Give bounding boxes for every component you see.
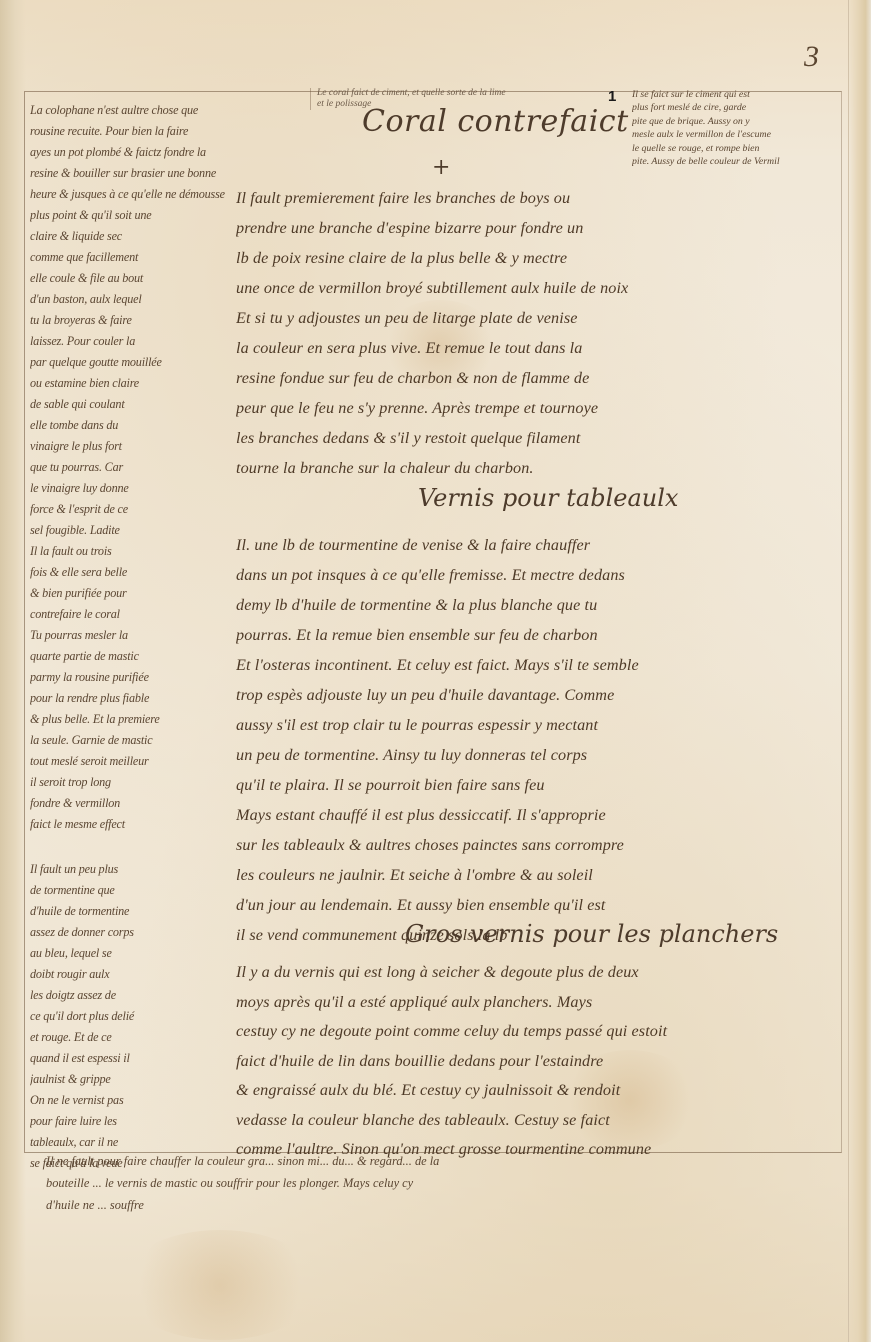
margin-line: mesle aulx le vermillon de l'escume — [632, 128, 842, 141]
folio-number: 3 — [804, 40, 819, 74]
margin-line: que tu pourras. Car — [30, 457, 238, 478]
text-line: Il fault premierement faire les branches… — [236, 183, 836, 213]
text-line: les couleurs ne jaulnir. Et seiche à l'o… — [236, 860, 836, 890]
left-marginal-column: La colophane n'est aultre chose que rous… — [30, 100, 238, 1174]
section-heading-vernis: Vernis pour tableaulx — [418, 484, 678, 512]
binding-gutter — [0, 0, 26, 1342]
note-line: Le coral faict de ciment, et quelle sort… — [317, 88, 607, 99]
text-line: tourne la branche sur la chaleur du char… — [236, 453, 836, 483]
text-line: la couleur en sera plus vive. Et remue l… — [236, 333, 836, 363]
margin-line: parmy la rousine purifiée — [30, 667, 238, 688]
section-body-vernis: Il. une lb de tourmentine de venise & la… — [236, 530, 836, 950]
margin-line: ayes un pot plombé & faictz fondre la — [30, 142, 238, 163]
margin-line: tout meslé seroit meilleur — [30, 751, 238, 772]
margin-line: & plus belle. Et la premiere — [30, 709, 238, 730]
footnote-number: 1 — [608, 88, 616, 105]
text-line: les branches dedans & s'il y restoit que… — [236, 423, 836, 453]
text-line: Et si tu y adjoustes un peu de litarge p… — [236, 303, 836, 333]
margin-line: force & l'esprit de ce — [30, 499, 238, 520]
margin-line: les doigtz assez de — [30, 985, 238, 1006]
margin-line: et rouge. Et de ce — [30, 1027, 238, 1048]
margin-line: elle tombe dans du — [30, 415, 238, 436]
text-line: sur les tableaulx & aultres choses painc… — [236, 830, 836, 860]
text-line: demy lb d'huile de tormentine & la plus … — [236, 590, 836, 620]
bottom-marginal-notes: Il ne fault pour faire chauffer la coule… — [46, 1150, 836, 1216]
text-line: & engraissé aulx du blé. Et cestuy cy ja… — [236, 1076, 836, 1106]
text-line: d'un jour au lendemain. Et aussy bien en… — [236, 890, 836, 920]
text-line: qu'il te plaira. Il se pourroit bien fai… — [236, 770, 836, 800]
text-line: moys après qu'il a esté appliqué aulx pl… — [236, 988, 836, 1018]
margin-line: tu la broyeras & faire — [30, 310, 238, 331]
margin-line: laissez. Pour couler la — [30, 331, 238, 352]
text-line: dans un pot insques à ce qu'elle fremiss… — [236, 560, 836, 590]
margin-line: le vinaigre luy donne — [30, 478, 238, 499]
margin-line: d'un baston, aulx lequel — [30, 289, 238, 310]
text-line: Il y a du vernis qui est long à seicher … — [236, 958, 836, 988]
text-line: peur que le feu ne s'y prenne. Après tre… — [236, 393, 836, 423]
note-line: Il ne fault pour faire chauffer la coule… — [46, 1150, 836, 1172]
margin-line: assez de donner corps — [30, 922, 238, 943]
page-edge — [848, 0, 871, 1342]
text-line: prendre une branche d'espine bizarre pou… — [236, 213, 836, 243]
margin-line: elle coule & file au bout — [30, 268, 238, 289]
manuscript-page: 3 Le coral faict de ciment, et quelle so… — [0, 0, 871, 1342]
margin-line: On ne le vernist pas — [30, 1090, 238, 1111]
margin-line: doibt rougir aulx — [30, 964, 238, 985]
margin-line: il seroit trop long — [30, 772, 238, 793]
text-line: Mays estant chauffé il est plus dessicca… — [236, 800, 836, 830]
margin-line: resine & bouiller sur brasier une bonne — [30, 163, 238, 184]
margin-line: ce qu'il dort plus delié — [30, 1006, 238, 1027]
note-line: d'huile ne ... souffre — [46, 1194, 836, 1216]
margin-line: pite que de brique. Aussy on y — [632, 115, 842, 128]
margin-line: pite. Aussy de belle couleur de Vermil — [632, 155, 842, 168]
margin-line: pour la rendre plus fiable — [30, 688, 238, 709]
margin-line: quarte partie de mastic — [30, 646, 238, 667]
margin-line: plus fort meslé de cire, garde — [632, 101, 842, 114]
margin-spacer — [30, 835, 238, 859]
text-line: cestuy cy ne degoute point comme celuy d… — [236, 1017, 836, 1047]
margin-line: heure & jusques à ce qu'elle ne démousse — [30, 184, 238, 205]
margin-line: rousine recuite. Pour bien la faire — [30, 121, 238, 142]
margin-line: Il se faict sur le ciment qui est — [632, 88, 842, 101]
margin-line: comme que facillement — [30, 247, 238, 268]
text-line: lb de poix resine claire de la plus bell… — [236, 243, 836, 273]
margin-line: vinaigre le plus fort — [30, 436, 238, 457]
margin-line: au bleu, lequel se — [30, 943, 238, 964]
margin-line: Il la fault ou trois — [30, 541, 238, 562]
text-line: Et l'osteras incontinent. Et celuy est f… — [236, 650, 836, 680]
margin-line: jaulnist & grippe — [30, 1069, 238, 1090]
text-line: resine fondue sur feu de charbon & non d… — [236, 363, 836, 393]
margin-line: fois & elle sera belle — [30, 562, 238, 583]
section-body-coral: Il fault premierement faire les branches… — [236, 183, 836, 483]
text-line: aussy s'il est trop clair tu le pourras … — [236, 710, 836, 740]
margin-line: fondre & vermillon — [30, 793, 238, 814]
margin-line: le quelle se rouge, et rompe bien — [632, 142, 842, 155]
margin-line: sel fougible. Ladite — [30, 520, 238, 541]
margin-line: Tu pourras mesler la — [30, 625, 238, 646]
margin-line: plus point & qu'il soit une — [30, 205, 238, 226]
text-line: Il. une lb de tourmentine de venise & la… — [236, 530, 836, 560]
margin-line: pour faire luire les — [30, 1111, 238, 1132]
margin-line: la seule. Garnie de mastic — [30, 730, 238, 751]
cross-ornament-icon: + — [432, 155, 450, 180]
margin-line: de sable qui coulant — [30, 394, 238, 415]
text-line: pourras. Et la remue bien ensemble sur f… — [236, 620, 836, 650]
margin-line: d'huile de tormentine — [30, 901, 238, 922]
margin-line: faict le mesme effect — [30, 814, 238, 835]
text-line: trop espès adjouste luy un peu d'huile d… — [236, 680, 836, 710]
paper-stain — [120, 1230, 320, 1340]
margin-line: contrefaire le coral — [30, 604, 238, 625]
margin-line: quand il est espessi il — [30, 1048, 238, 1069]
note-line: bouteille ... le vernis de mastic ou sou… — [46, 1172, 836, 1194]
margin-line: claire & liquide sec — [30, 226, 238, 247]
text-line: faict d'huile de lin dans bouillie dedan… — [236, 1047, 836, 1077]
section-body-gros-vernis: Il y a du vernis qui est long à seicher … — [236, 958, 836, 1165]
text-line: un peu de tormentine. Ainsy tu luy donne… — [236, 740, 836, 770]
margin-line: de tormentine que — [30, 880, 238, 901]
text-line: une once de vermillon broyé subtillement… — [236, 273, 836, 303]
margin-line: ou estamine bien claire — [30, 373, 238, 394]
section-heading-coral: Coral contrefaict — [362, 104, 629, 139]
section-heading-gros-vernis: Gros vernis pour les planchers — [405, 920, 778, 948]
right-marginal-note: Il se faict sur le ciment qui est plus f… — [632, 88, 842, 168]
margin-line: & bien purifiée pour — [30, 583, 238, 604]
text-line: vedasse la couleur blanche des tableaulx… — [236, 1106, 836, 1136]
margin-line: par quelque goutte mouillée — [30, 352, 238, 373]
margin-line: La colophane n'est aultre chose que — [30, 100, 238, 121]
margin-line: Il fault un peu plus — [30, 859, 238, 880]
